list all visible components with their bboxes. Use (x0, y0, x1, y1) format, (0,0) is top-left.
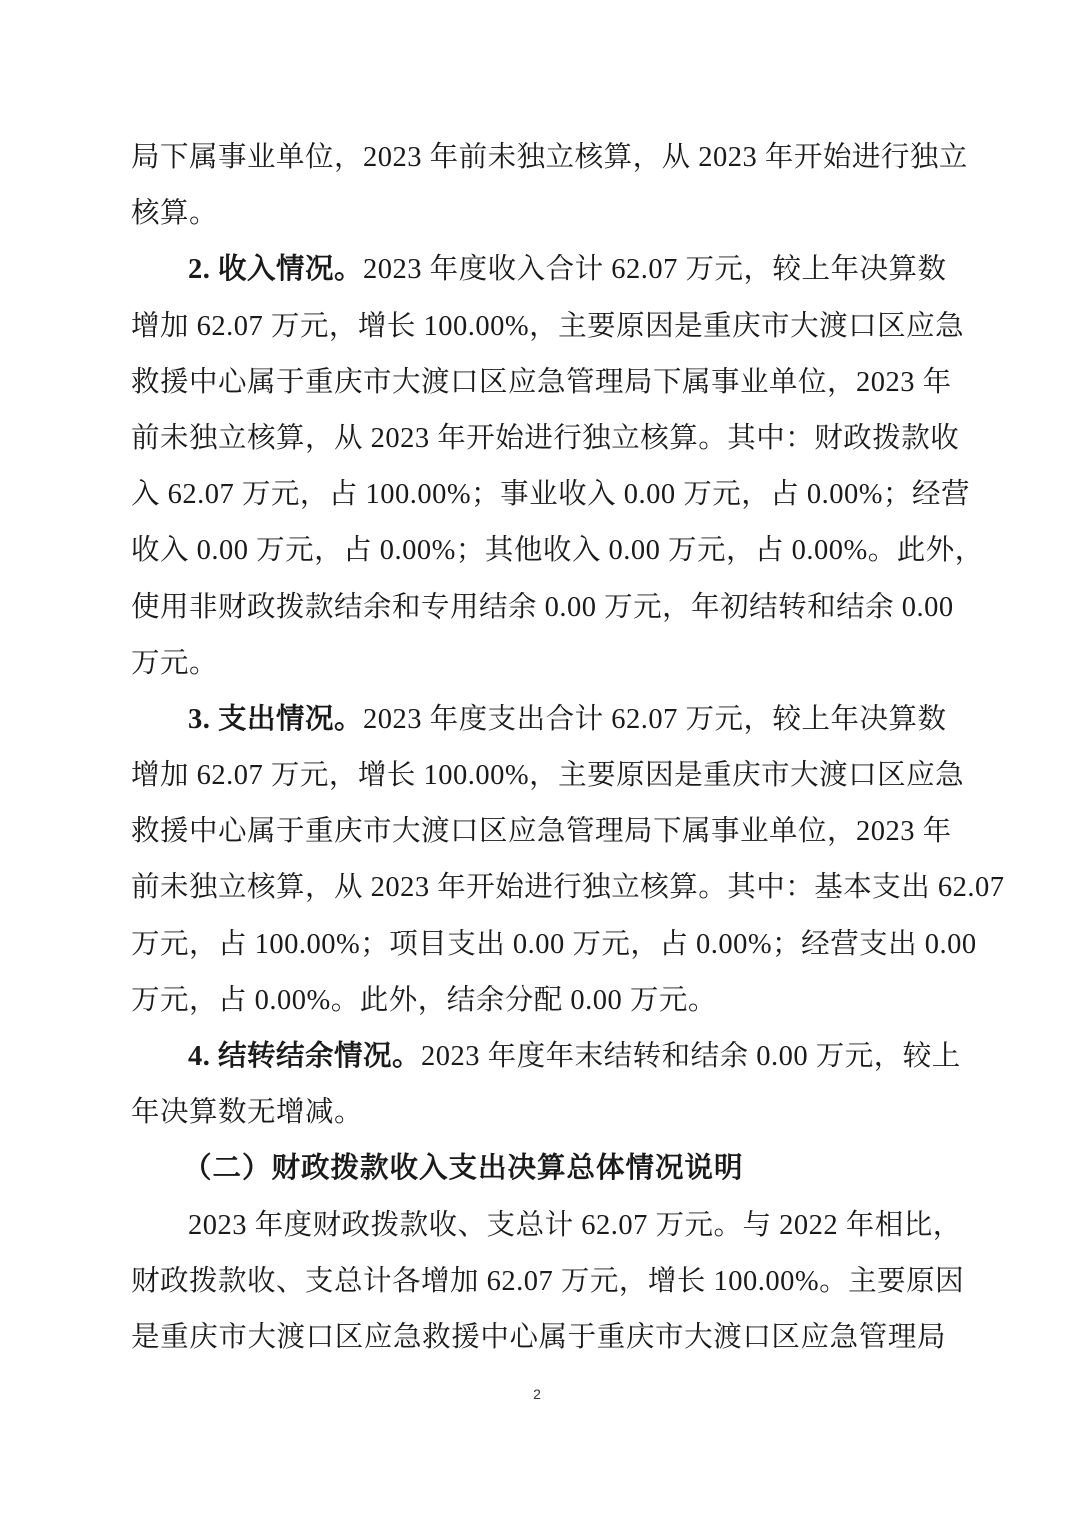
text-line: 万元，占 100.00%；项目支出 0.00 万元，占 0.00%；经营支出 0… (131, 917, 946, 973)
text-line: 财政拨款收、支总计各增加 62.07 万元，增长 100.00%。主要原因 (131, 1254, 946, 1310)
paragraph-expense: 3. 支出情况。2023 年度支出合计 62.07 万元，较上年决算数 增加 6… (131, 692, 946, 1029)
text-line: 年决算数无增减。 (131, 1085, 946, 1141)
text-line: 核算。 (131, 186, 946, 242)
text-line: 4. 结转结余情况。2023 年度年末结转和结余 0.00 万元，较上 (131, 1029, 946, 1085)
text-line: 是重庆市大渡口区应急救援中心属于重庆市大渡口区应急管理局 (131, 1310, 946, 1366)
paragraph-fiscal: 2023 年度财政拨款收、支总计 62.07 万元。与 2022 年相比， 财政… (131, 1198, 946, 1367)
text-line: 前未独立核算，从 2023 年开始进行独立核算。其中：财政拨款收 (131, 411, 946, 467)
text-line: 万元，占 0.00%。此外，结余分配 0.00 万元。 (131, 973, 946, 1029)
text-span: 2023 年度年末结转和结余 0.00 万元，较上 (421, 1041, 961, 1072)
text-span: 2023 年度收入合计 62.07 万元，较上年决算数 (363, 254, 947, 285)
paragraph-income: 2. 收入情况。2023 年度收入合计 62.07 万元，较上年决算数 增加 6… (131, 242, 946, 692)
text-line: 局下属事业单位，2023 年前未独立核算，从 2023 年开始进行独立 (131, 130, 946, 186)
paragraph-label: 2. 收入情况。 (188, 254, 363, 285)
text-span: 2023 年度支出合计 62.07 万元，较上年决算数 (363, 704, 947, 735)
text-line: 救援中心属于重庆市大渡口区应急管理局下属事业单位，2023 年 (131, 804, 946, 860)
text-line: 入 62.07 万元，占 100.00%；事业收入 0.00 万元，占 0.00… (131, 467, 946, 523)
text-line: 收入 0.00 万元，占 0.00%；其他收入 0.00 万元，占 0.00%。… (131, 523, 946, 579)
paragraph-label: 4. 结转结余情况。 (188, 1041, 421, 1072)
paragraph-continued: 局下属事业单位，2023 年前未独立核算，从 2023 年开始进行独立 核算。 (131, 130, 946, 242)
text-line: 前未独立核算，从 2023 年开始进行独立核算。其中：基本支出 62.07 (131, 860, 946, 916)
document-page: 局下属事业单位，2023 年前未独立核算，从 2023 年开始进行独立 核算。 … (131, 130, 946, 1366)
paragraph-carryover: 4. 结转结余情况。2023 年度年末结转和结余 0.00 万元，较上 年决算数… (131, 1029, 946, 1141)
text-line: 2023 年度财政拨款收、支总计 62.07 万元。与 2022 年相比， (131, 1198, 946, 1254)
text-line: 增加 62.07 万元，增长 100.00%，主要原因是重庆市大渡口区应急 (131, 748, 946, 804)
text-line: 增加 62.07 万元，增长 100.00%，主要原因是重庆市大渡口区应急 (131, 299, 946, 355)
text-line: 2. 收入情况。2023 年度收入合计 62.07 万元，较上年决算数 (131, 242, 946, 298)
page-number: 2 (0, 1386, 1074, 1402)
text-line: 使用非财政拨款结余和专用结余 0.00 万元，年初结转和结余 0.00 (131, 580, 946, 636)
text-line: 救援中心属于重庆市大渡口区应急管理局下属事业单位，2023 年 (131, 355, 946, 411)
section-heading: （二）财政拨款收入支出决算总体情况说明 (131, 1141, 946, 1197)
text-line: 3. 支出情况。2023 年度支出合计 62.07 万元，较上年决算数 (131, 692, 946, 748)
text-line: 万元。 (131, 636, 946, 692)
paragraph-label: 3. 支出情况。 (188, 704, 363, 735)
